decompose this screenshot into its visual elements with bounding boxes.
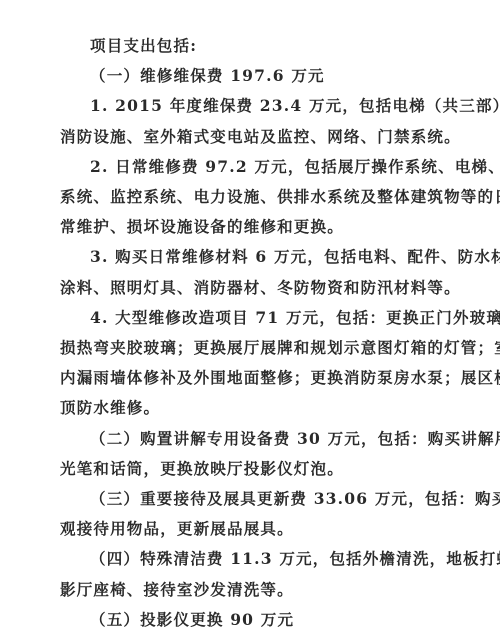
document-line: 常维护、损坏设施设备的维修和更换。 (60, 217, 462, 237)
document-line: （三）重要接待及展具更新费 33.06 万元，包括：购买参 (90, 489, 462, 509)
document-line: 影厅座椅、接待室沙发清洗等。 (60, 580, 462, 600)
document-line: （二）购置讲解专用设备费 30 万元，包括：购买讲解用激 (90, 429, 462, 449)
document-line: （五）投影仪更换 90 万元 (90, 610, 462, 630)
document-line: （四）特殊清洁费 11.3 万元，包括外檐清洗，地板打蜡， (90, 549, 462, 569)
document-line: 光笔和话筒，更换放映厅投影仪灯泡。 (60, 459, 462, 479)
document-line: 系统、监控系统、电力设施、供排水系统及整体建筑物等的日 (60, 187, 462, 207)
document-line: 消防设施、室外箱式变电站及监控、网络、门禁系统。 (60, 127, 462, 147)
document-line: 观接待用物品，更新展品展具。 (60, 519, 462, 539)
document-line: 项目支出包括: (90, 36, 462, 56)
document-line: 2. 日常维修费 97.2 万元，包括展厅操作系统、电梯、消防 (90, 157, 462, 177)
document-line: 4. 大型维修改造项目 71 万元，包括：更换正门外玻璃柱破 (90, 308, 462, 328)
document-line: 1. 2015 年度维保费 23.4 万元，包括电梯（共三部）、空调、 (90, 96, 462, 116)
document-line: 涂料、照明灯具、消防器材、冬防物资和防汛材料等。 (60, 278, 462, 298)
document-line: 顶防水维修。 (60, 398, 462, 418)
document-line: 3. 购买日常维修材料 6 万元，包括电料、配件、防水材料、 (90, 247, 462, 267)
document-line: 内漏雨墙体修补及外围地面整修；更换消防泵房水泵；展区楼 (60, 368, 462, 388)
document-line: 损热弯夹胶玻璃；更换展厅展牌和规划示意图灯箱的灯管；室 (60, 338, 462, 358)
document-page: 项目支出包括:（一）维修维保费 197.6 万元1. 2015 年度维保费 23… (0, 0, 500, 642)
document-line: （一）维修维保费 197.6 万元 (90, 66, 462, 86)
